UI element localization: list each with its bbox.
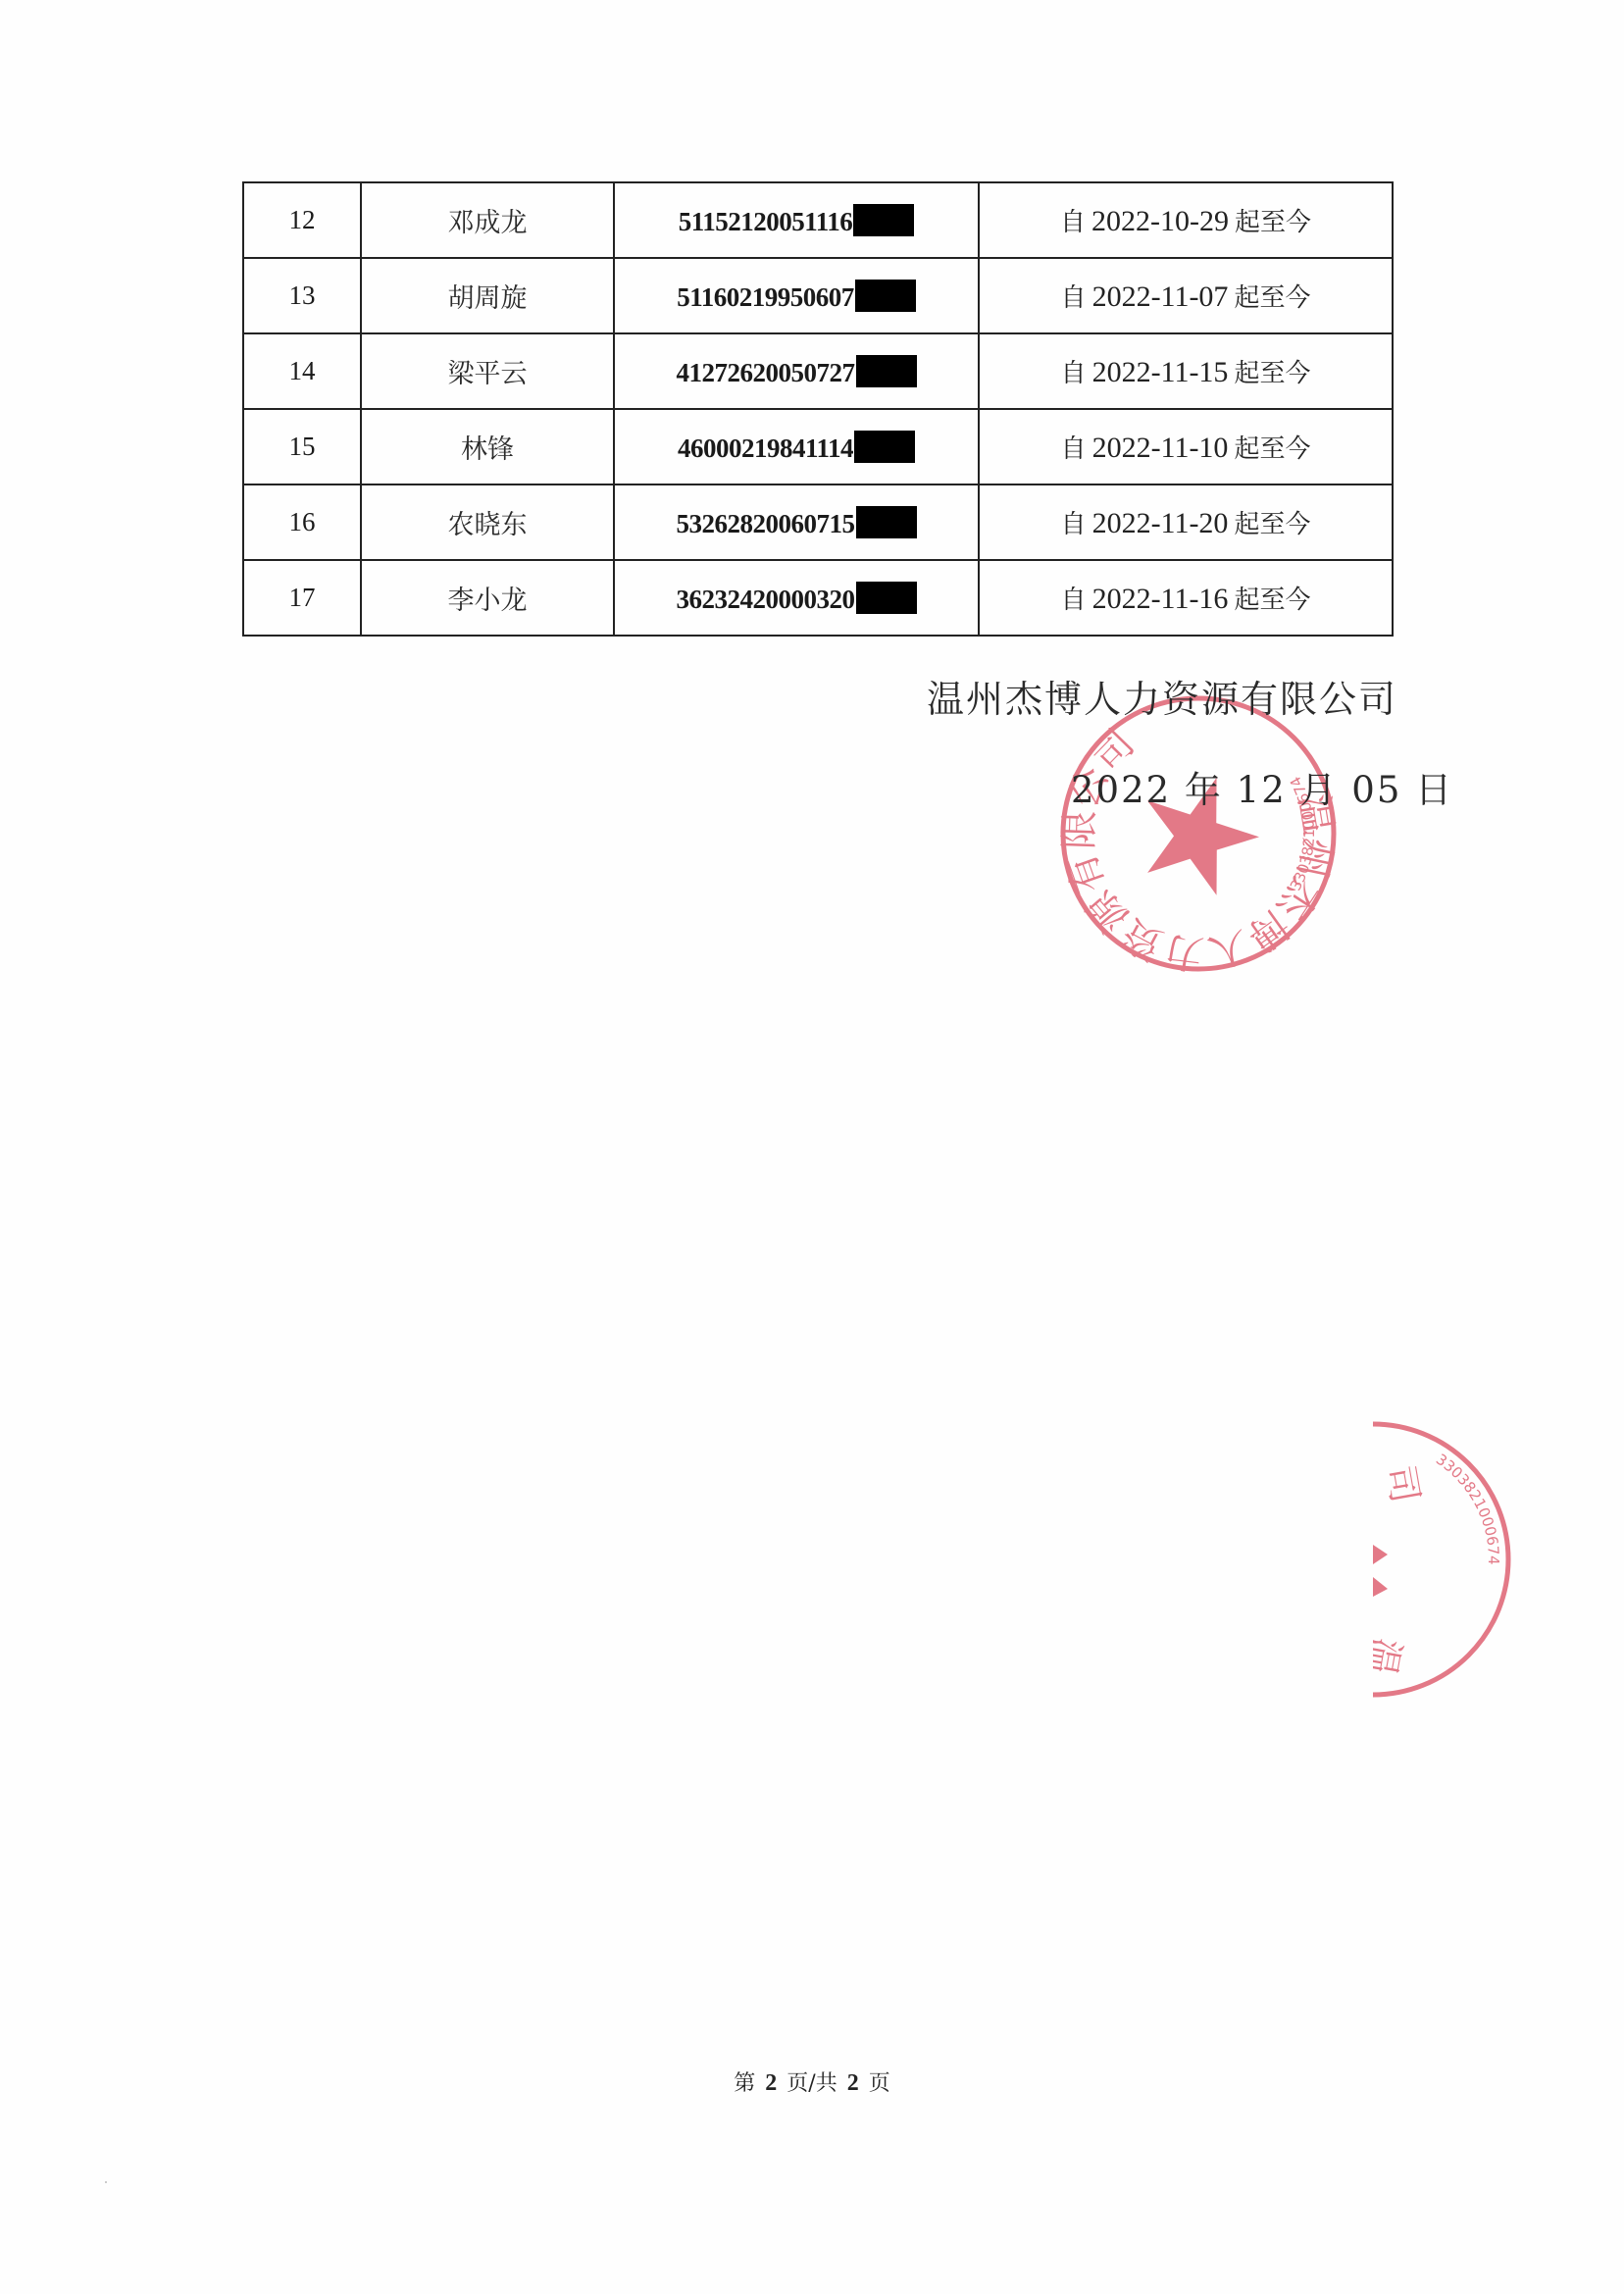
employment-period: 自2022-11-15起至今 <box>979 333 1393 409</box>
start-date: 2022-11-10 <box>1092 432 1229 464</box>
period-suffix: 起至今 <box>1235 208 1311 237</box>
footer-middle: 页/共 <box>787 2071 837 2096</box>
document-page: 12邓成龙51152120051116自2022-10-29起至今13胡周旋51… <box>0 0 1624 2294</box>
footer-suffix: 页 <box>869 2071 890 2096</box>
period-prefix: 自 <box>1061 510 1087 539</box>
employee-name: 胡周旋 <box>361 258 614 333</box>
seam-seal-icon: 3303821000674 司 温 <box>1373 1412 1520 1707</box>
id-number-visible: 51160219950607 <box>677 282 854 312</box>
redaction-block <box>856 582 917 614</box>
id-number-visible: 36232420000320 <box>677 585 855 614</box>
row-number: 12 <box>243 182 361 258</box>
svg-text:3303821000674: 3303821000674 <box>1433 1451 1502 1565</box>
row-number: 13 <box>243 258 361 333</box>
row-number: 16 <box>243 484 361 560</box>
row-number: 15 <box>243 409 361 484</box>
svg-text:司: 司 <box>1378 1462 1427 1506</box>
start-date: 2022-10-29 <box>1091 205 1229 237</box>
row-number: 17 <box>243 560 361 636</box>
period-prefix: 自 <box>1061 359 1087 388</box>
footer-total-pages: 2 <box>847 2070 859 2096</box>
id-number: 46000219841114 <box>614 409 979 484</box>
employee-table: 12邓成龙51152120051116自2022-10-29起至今13胡周旋51… <box>242 181 1394 637</box>
redaction-block <box>856 506 917 538</box>
id-number-visible: 53262820060715 <box>677 509 855 538</box>
employee-name: 林锋 <box>361 409 614 484</box>
period-suffix: 起至今 <box>1234 586 1310 615</box>
id-number-visible: 51152120051116 <box>679 207 853 236</box>
id-number-visible: 46000219841114 <box>678 433 853 463</box>
table-row: 16农晓东53262820060715自2022-11-20起至今 <box>243 484 1393 560</box>
table-row: 17李小龙36232420000320自2022-11-16起至今 <box>243 560 1393 636</box>
table-row: 13胡周旋51160219950607自2022-11-07起至今 <box>243 258 1393 333</box>
redaction-block <box>856 355 917 387</box>
employment-period: 自2022-11-20起至今 <box>979 484 1393 560</box>
period-suffix: 起至今 <box>1234 359 1310 388</box>
period-suffix: 起至今 <box>1234 283 1310 313</box>
employee-name: 李小龙 <box>361 560 614 636</box>
redaction-block <box>855 280 916 312</box>
table-row: 15林锋46000219841114自2022-11-10起至今 <box>243 409 1393 484</box>
table-row: 14梁平云41272620050727自2022-11-15起至今 <box>243 333 1393 409</box>
period-prefix: 自 <box>1061 283 1087 313</box>
company-signature: 温州杰博人力资源有限公司 <box>927 669 1397 723</box>
redaction-block <box>853 204 914 236</box>
footer-prefix: 第 <box>734 2071 755 2096</box>
id-number: 41272620050727 <box>614 333 979 409</box>
footer-page-number: 2 <box>765 2070 777 2096</box>
employment-period: 自2022-11-16起至今 <box>979 560 1393 636</box>
employee-name: 农晓东 <box>361 484 614 560</box>
employee-name: 梁平云 <box>361 333 614 409</box>
table-row: 12邓成龙51152120051116自2022-10-29起至今 <box>243 182 1393 258</box>
signature-date: 2022 年 12 月 05 日 <box>1071 760 1453 813</box>
period-prefix: 自 <box>1061 586 1087 615</box>
start-date: 2022-11-07 <box>1092 280 1229 313</box>
row-number: 14 <box>243 333 361 409</box>
id-number: 36232420000320 <box>614 560 979 636</box>
employment-period: 自2022-10-29起至今 <box>979 182 1393 258</box>
start-date: 2022-11-15 <box>1092 356 1229 388</box>
period-suffix: 起至今 <box>1234 434 1310 464</box>
id-number: 51152120051116 <box>614 182 979 258</box>
svg-text:温: 温 <box>1373 1635 1408 1679</box>
id-number: 51160219950607 <box>614 258 979 333</box>
start-date: 2022-11-16 <box>1092 583 1229 615</box>
page-footer: 第2页/共2页 <box>0 2066 1624 2097</box>
employment-period: 自2022-11-07起至今 <box>979 258 1393 333</box>
redaction-block <box>854 431 915 463</box>
id-number-visible: 41272620050727 <box>677 358 855 387</box>
scan-artifact <box>105 2181 107 2183</box>
employment-period: 自2022-11-10起至今 <box>979 409 1393 484</box>
company-seal-icon: 温州杰博人力资源有限公司 3303821000674 <box>1051 687 1345 981</box>
period-prefix: 自 <box>1061 434 1087 464</box>
period-prefix: 自 <box>1060 208 1086 237</box>
period-suffix: 起至今 <box>1234 510 1310 539</box>
id-number: 53262820060715 <box>614 484 979 560</box>
start-date: 2022-11-20 <box>1092 507 1229 539</box>
employee-name: 邓成龙 <box>361 182 614 258</box>
